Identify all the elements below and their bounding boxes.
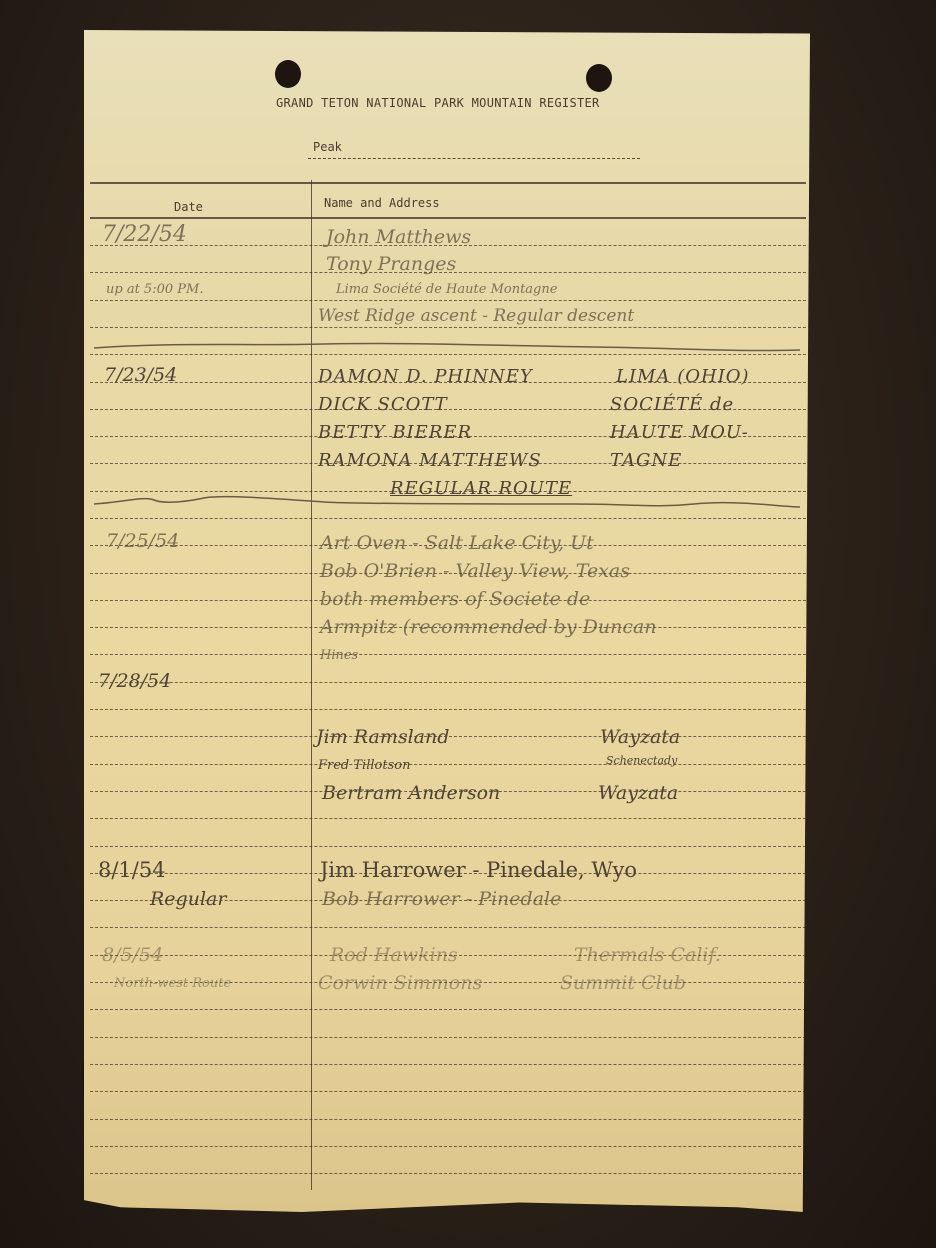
entry-date: 7/28/54 xyxy=(98,670,171,692)
entry-name: Corwin Simmons xyxy=(318,972,482,994)
entry-line: Hines xyxy=(320,648,358,663)
ruled-line xyxy=(90,654,806,655)
ruled-line xyxy=(90,818,806,819)
ruled-line xyxy=(90,682,806,683)
entry-line: Bob Harrower - Pinedale xyxy=(322,888,561,910)
entry-date: 7/22/54 xyxy=(102,222,187,247)
ruled-line xyxy=(90,709,806,710)
entry-line: Tony Pranges xyxy=(326,253,456,275)
ruled-line xyxy=(90,1009,806,1010)
ruled-line xyxy=(90,217,806,219)
peak-label: Peak xyxy=(313,140,342,154)
entry-address: TAGNE xyxy=(610,450,682,471)
entry-date: 7/23/54 xyxy=(104,364,177,386)
ruled-line xyxy=(90,327,806,328)
entry-address: Wayzata xyxy=(600,726,680,748)
entry-name: Jim Ramsland xyxy=(316,726,449,748)
entry-name: Rod Hawkins xyxy=(330,944,458,966)
punch-hole-left xyxy=(275,60,301,88)
register-title: GRAND TETON NATIONAL PARK MOUNTAIN REGIS… xyxy=(276,96,600,110)
entry-date: 8/1/54 xyxy=(98,858,166,882)
column-divider xyxy=(311,180,312,1190)
entry-address: LIMA (OHIO) xyxy=(616,366,750,387)
entry-name: Fred Tillotson xyxy=(318,758,410,773)
entry-address: Schenectady xyxy=(606,754,677,767)
entry-note: North-west Route xyxy=(114,976,231,991)
entry-address: Wayzata xyxy=(598,782,678,804)
entry-line: Art Oven - Salt Lake City, Ut xyxy=(320,532,594,554)
entry-address: Summit Club xyxy=(560,972,686,994)
entry-name: BETTY BIERER xyxy=(318,422,472,443)
entry-line: Lima Société de Haute Montagne xyxy=(336,282,557,297)
peak-field-line xyxy=(308,158,640,159)
ruled-line xyxy=(90,1064,806,1065)
entry-line: West Ridge ascent - Regular descent xyxy=(318,306,634,326)
entry-address: SOCIÉTÉ de xyxy=(610,394,734,415)
entry-address: Thermals Calif. xyxy=(574,944,721,966)
punch-hole-right xyxy=(586,64,612,92)
ruled-line xyxy=(90,518,806,519)
entry-separator-squiggle xyxy=(94,492,800,512)
ruled-line xyxy=(90,1146,806,1147)
ruled-line xyxy=(90,1119,806,1120)
ruled-line xyxy=(90,300,806,301)
entry-note: up at 5:00 PM. xyxy=(106,282,203,297)
entry-name: DICK SCOTT xyxy=(318,394,448,415)
entry-line: Jim Harrower - Pinedale, Wyo xyxy=(320,858,637,882)
entry-line: John Matthews xyxy=(326,226,471,248)
entry-date: 7/25/54 xyxy=(106,530,179,552)
entry-date: 8/5/54 xyxy=(102,944,163,966)
register-page: GRAND TETON NATIONAL PARK MOUNTAIN REGIS… xyxy=(84,30,810,1212)
entry-line: Armpitz (recommended by Duncan xyxy=(320,616,657,638)
entry-line: Bob O'Brien - Valley View, Texas xyxy=(320,560,630,582)
ruled-line xyxy=(90,764,806,765)
ruled-line xyxy=(90,1037,806,1038)
entry-address: HAUTE MOU- xyxy=(610,422,749,443)
column-header-name-address: Name and Address xyxy=(324,196,440,210)
entry-name: RAMONA MATTHEWS xyxy=(318,450,542,471)
ruled-line xyxy=(90,927,806,928)
ruled-line xyxy=(90,182,806,184)
entry-name: DAMON D. PHINNEY xyxy=(318,366,533,387)
ruled-line xyxy=(90,1091,806,1092)
entry-note: Regular xyxy=(150,888,226,910)
ruled-line xyxy=(90,846,806,847)
ruled-line xyxy=(90,1173,806,1174)
entry-line: both members of Societe de xyxy=(320,588,590,610)
entry-separator-squiggle xyxy=(94,336,800,356)
entry-name: Bertram Anderson xyxy=(322,782,500,804)
column-header-date: Date xyxy=(174,200,203,214)
